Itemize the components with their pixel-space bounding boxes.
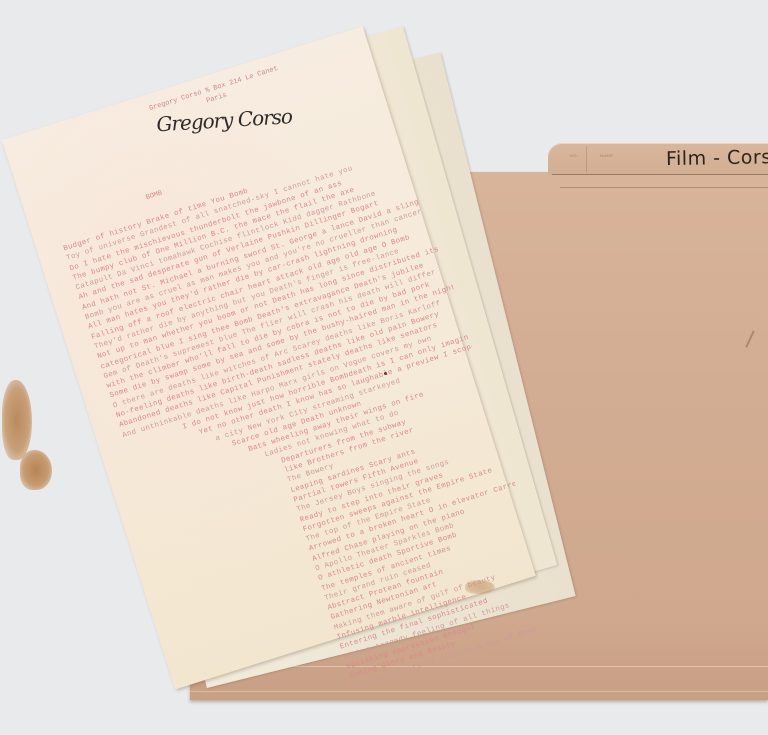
water-stain <box>2 380 32 460</box>
tab-divider <box>586 146 587 172</box>
water-stain <box>20 450 52 490</box>
tab-small-label-name: NAME <box>600 153 614 158</box>
water-stain <box>465 580 495 594</box>
ink-dot <box>384 372 387 375</box>
folder-tab-label: Film - Corso/ <box>666 146 768 170</box>
poem-title: BOMB <box>145 189 163 202</box>
tab-small-label-no: NO. <box>570 153 579 158</box>
photo-scene: NO. NAME Film - Corso/ Gregory Corso % B… <box>0 0 768 735</box>
folder-fold-line <box>560 187 768 188</box>
folder-tab: NO. NAME Film - Corso/ <box>548 143 768 175</box>
